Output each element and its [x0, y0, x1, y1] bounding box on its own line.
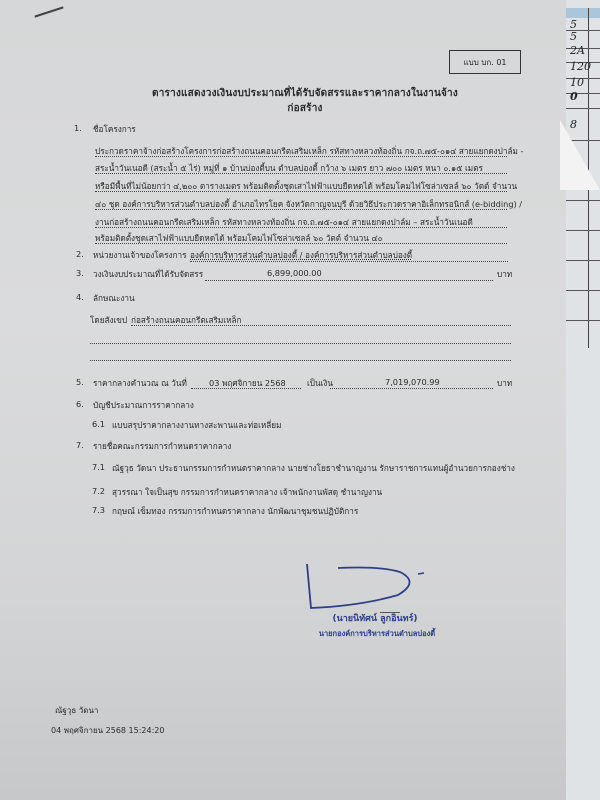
- background-sheet: 5 5 2A 120 10 0 8: [566, 0, 600, 800]
- dotted-line: [90, 343, 511, 344]
- section-7-number: 7.: [76, 440, 84, 450]
- dotted-line: [191, 388, 301, 389]
- sheet-number: 120: [570, 60, 591, 73]
- item-7-1-text: ณัฐวุธ วัดนา ประธานกรรมการกำหนดราคากลาง …: [112, 462, 515, 475]
- item-7-2-number: 7.2: [92, 486, 105, 496]
- budget-unit: บาท: [497, 268, 512, 281]
- document-title: ตารางแสดงวงเงินงบประมาณที่ได้รับจัดสรรแล…: [140, 86, 470, 116]
- document-page: แบบ บก. 01 ตารางแสดงวงเงินงบประมาณที่ได้…: [0, 0, 572, 800]
- item-7-3-number: 7.3: [92, 505, 105, 515]
- section-3-number: 3.: [76, 268, 84, 278]
- dotted-line: [131, 325, 511, 326]
- section-6-number: 6.: [76, 399, 84, 409]
- printed-by: ณัฐวุธ วัดนา: [55, 704, 98, 717]
- median-price-amount: 7,019,070.99: [385, 377, 440, 387]
- sheet-number: 8: [570, 118, 577, 131]
- dotted-line: [95, 227, 507, 228]
- section-5-number: 5.: [76, 377, 84, 387]
- sheet-number: 10: [570, 76, 584, 89]
- sheet-row-line: [566, 230, 600, 231]
- item-7-1-number: 7.1: [92, 462, 105, 472]
- sheet-number: 5: [570, 30, 577, 43]
- pen-mark: [34, 6, 63, 17]
- printed-timestamp: 04 พฤศจิกายน 2568 15:24:20: [51, 724, 164, 737]
- signer-position: นายกองค์การบริหารส่วนตำบลบ่องตี้: [282, 628, 472, 640]
- section-6-label: บัญชีประมาณการราคากลาง: [93, 399, 194, 412]
- budget-value: 6,899,000.00: [267, 268, 322, 278]
- item-6-1-number: 6.1: [92, 419, 105, 429]
- sheet-header-band: [566, 8, 600, 18]
- sheet-row-line: [566, 290, 600, 291]
- dotted-line: [330, 388, 493, 389]
- sheet-row-line: [566, 320, 600, 321]
- section-2-number: 2.: [76, 249, 84, 259]
- section-7-label: รายชื่อคณะกรรมการกำหนดราคากลาง: [93, 440, 231, 453]
- section-3-label: วงเงินงบประมาณที่ได้รับจัดสรร: [93, 268, 203, 281]
- item-6-1-text: แบบสรุปราคากลางงานทางสะพานและท่อเหลี่ยม: [112, 419, 282, 432]
- section-5-label: ราคากลางคำนวณ ณ วันที่: [93, 377, 187, 390]
- section-4-number: 4.: [76, 292, 84, 302]
- section-1-number: 1.: [74, 123, 82, 133]
- section-1-label: ชื่อโครงการ: [93, 123, 136, 136]
- median-price-unit: บาท: [497, 377, 512, 390]
- dotted-line: [90, 360, 511, 361]
- dotted-line: [205, 280, 493, 281]
- dotted-line: [95, 173, 507, 174]
- item-7-3-text: กฤษณ์ เข็มทอง กรรมการกำหนดราคากลาง นักพั…: [112, 505, 358, 518]
- sheet-row-line: [566, 200, 600, 201]
- sheet-number: 0: [570, 90, 578, 103]
- dotted-line: [95, 191, 507, 192]
- dotted-line: [95, 209, 507, 210]
- dotted-line: [95, 243, 507, 244]
- item-7-2-text: สุวรรณา ใจเป็นสุข กรรมการกำหนดราคากลาง เ…: [112, 486, 382, 499]
- signer-name: (นายนิทัศน์ ลูกอินทร์): [300, 611, 450, 625]
- section-2-label: หน่วยงานเจ้าของโครงการ: [93, 249, 187, 262]
- form-code-box: แบบ บก. 01: [449, 50, 521, 74]
- section-4-label: ลักษณะงาน: [93, 292, 135, 305]
- dotted-line: [190, 261, 508, 262]
- dotted-line: [95, 156, 507, 157]
- summary-label: โดยสังเขป: [90, 314, 127, 327]
- sheet-row-line: [566, 108, 600, 109]
- sheet-row-line: [566, 260, 600, 261]
- sheet-number: 2A: [570, 44, 585, 57]
